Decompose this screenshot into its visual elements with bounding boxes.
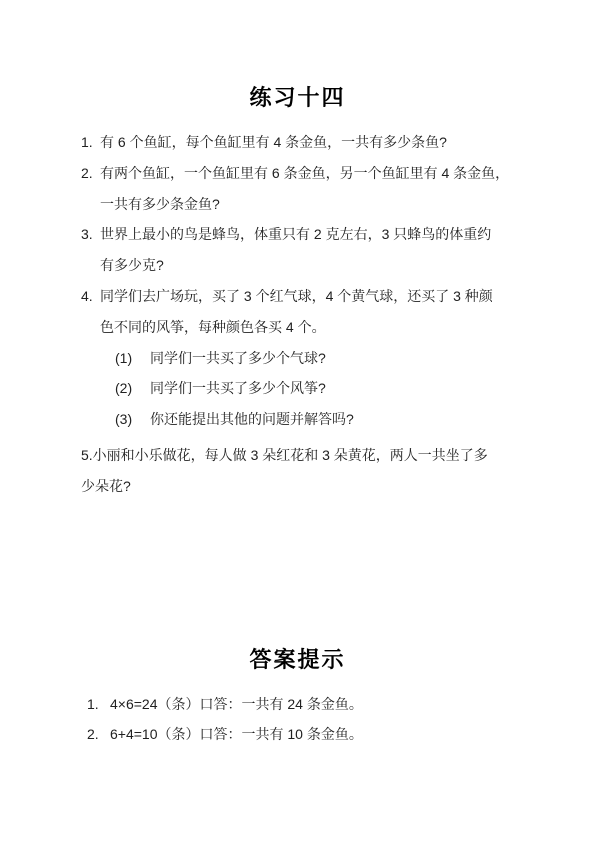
answer-item-2: 2. 6+4=10（条）口答：一共有 10 条金鱼。 bbox=[81, 720, 363, 750]
answer-text: 6+4=10（条）口答：一共有 10 条金鱼。 bbox=[110, 720, 363, 750]
exercise-item-3-continuation: 有多少克? bbox=[81, 250, 509, 281]
exercise-item-5: 5.小丽和小乐做花，每人做 3 朵红花和 3 朵黄花，两人一共坐了多 bbox=[81, 440, 509, 471]
item-number: 3. bbox=[81, 219, 100, 250]
subitem-text: 同学们一共买了多少个风筝? bbox=[150, 373, 326, 404]
exercise-item-4: 4. 同学们去广场玩，买了 3 个红气球，4 个黄气球，还买了 3 种颜 bbox=[81, 281, 509, 312]
answer-number: 2. bbox=[87, 720, 110, 750]
subitem-number: (2) bbox=[115, 373, 150, 404]
item-text: 同学们去广场玩，买了 3 个红气球，4 个黄气球，还买了 3 种颜 bbox=[100, 281, 493, 312]
exercise-item-5-continuation: 少朵花? bbox=[81, 471, 509, 502]
answer-item-1: 1. 4×6=24（条）口答：一共有 24 条金鱼。 bbox=[81, 690, 363, 720]
item-text: 一共有多少条金鱼? bbox=[100, 189, 220, 220]
page-title: 练习十四 bbox=[0, 84, 595, 112]
item-text: 有多少克? bbox=[100, 250, 164, 281]
answer-number: 1. bbox=[87, 690, 110, 720]
item-text: 有 6 个鱼缸，每个鱼缸里有 4 条金鱼，一共有多少条鱼? bbox=[100, 127, 447, 158]
item-text: 有两个鱼缸，一个鱼缸里有 6 条金鱼，另一个鱼缸里有 4 条金鱼， bbox=[100, 158, 509, 189]
subitem-number: (1) bbox=[115, 343, 150, 374]
exercise-subitem-1: (1) 同学们一共买了多少个气球? bbox=[81, 343, 509, 374]
item-text: 5.小丽和小乐做花，每人做 3 朵红花和 3 朵黄花，两人一共坐了多 bbox=[81, 440, 488, 471]
exercise-subitem-2: (2) 同学们一共买了多少个风筝? bbox=[81, 373, 509, 404]
item-text: 色不同的风筝，每种颜色各买 4 个。 bbox=[100, 312, 326, 343]
answers-title: 答案提示 bbox=[0, 646, 595, 674]
exercise-item-4-continuation: 色不同的风筝，每种颜色各买 4 个。 bbox=[81, 312, 509, 343]
item-text: 少朵花? bbox=[81, 471, 131, 502]
subitem-number: (3) bbox=[115, 404, 150, 435]
exercise-list: 1. 有 6 个鱼缸，每个鱼缸里有 4 条金鱼，一共有多少条鱼? 2. 有两个鱼… bbox=[81, 127, 509, 502]
answers-list: 1. 4×6=24（条）口答：一共有 24 条金鱼。 2. 6+4=10（条）口… bbox=[81, 690, 363, 749]
exercise-item-1: 1. 有 6 个鱼缸，每个鱼缸里有 4 条金鱼，一共有多少条鱼? bbox=[81, 127, 509, 158]
exercise-item-2-continuation: 一共有多少条金鱼? bbox=[81, 189, 509, 220]
answer-text: 4×6=24（条）口答：一共有 24 条金鱼。 bbox=[110, 690, 363, 720]
item-number: 4. bbox=[81, 281, 100, 312]
subitem-text: 你还能提出其他的问题并解答吗? bbox=[150, 404, 354, 435]
item-text: 世界上最小的鸟是蜂鸟，体重只有 2 克左右，3 只蜂鸟的体重约 bbox=[100, 219, 491, 250]
exercise-subitem-3: (3) 你还能提出其他的问题并解答吗? bbox=[81, 404, 509, 435]
worksheet-page: 练习十四 1. 有 6 个鱼缸，每个鱼缸里有 4 条金鱼，一共有多少条鱼? 2.… bbox=[0, 0, 595, 842]
item-number: 1. bbox=[81, 127, 100, 158]
exercise-item-2: 2. 有两个鱼缸，一个鱼缸里有 6 条金鱼，另一个鱼缸里有 4 条金鱼， bbox=[81, 158, 509, 189]
item-number: 2. bbox=[81, 158, 100, 189]
subitem-text: 同学们一共买了多少个气球? bbox=[150, 343, 326, 374]
exercise-item-3: 3. 世界上最小的鸟是蜂鸟，体重只有 2 克左右，3 只蜂鸟的体重约 bbox=[81, 219, 509, 250]
